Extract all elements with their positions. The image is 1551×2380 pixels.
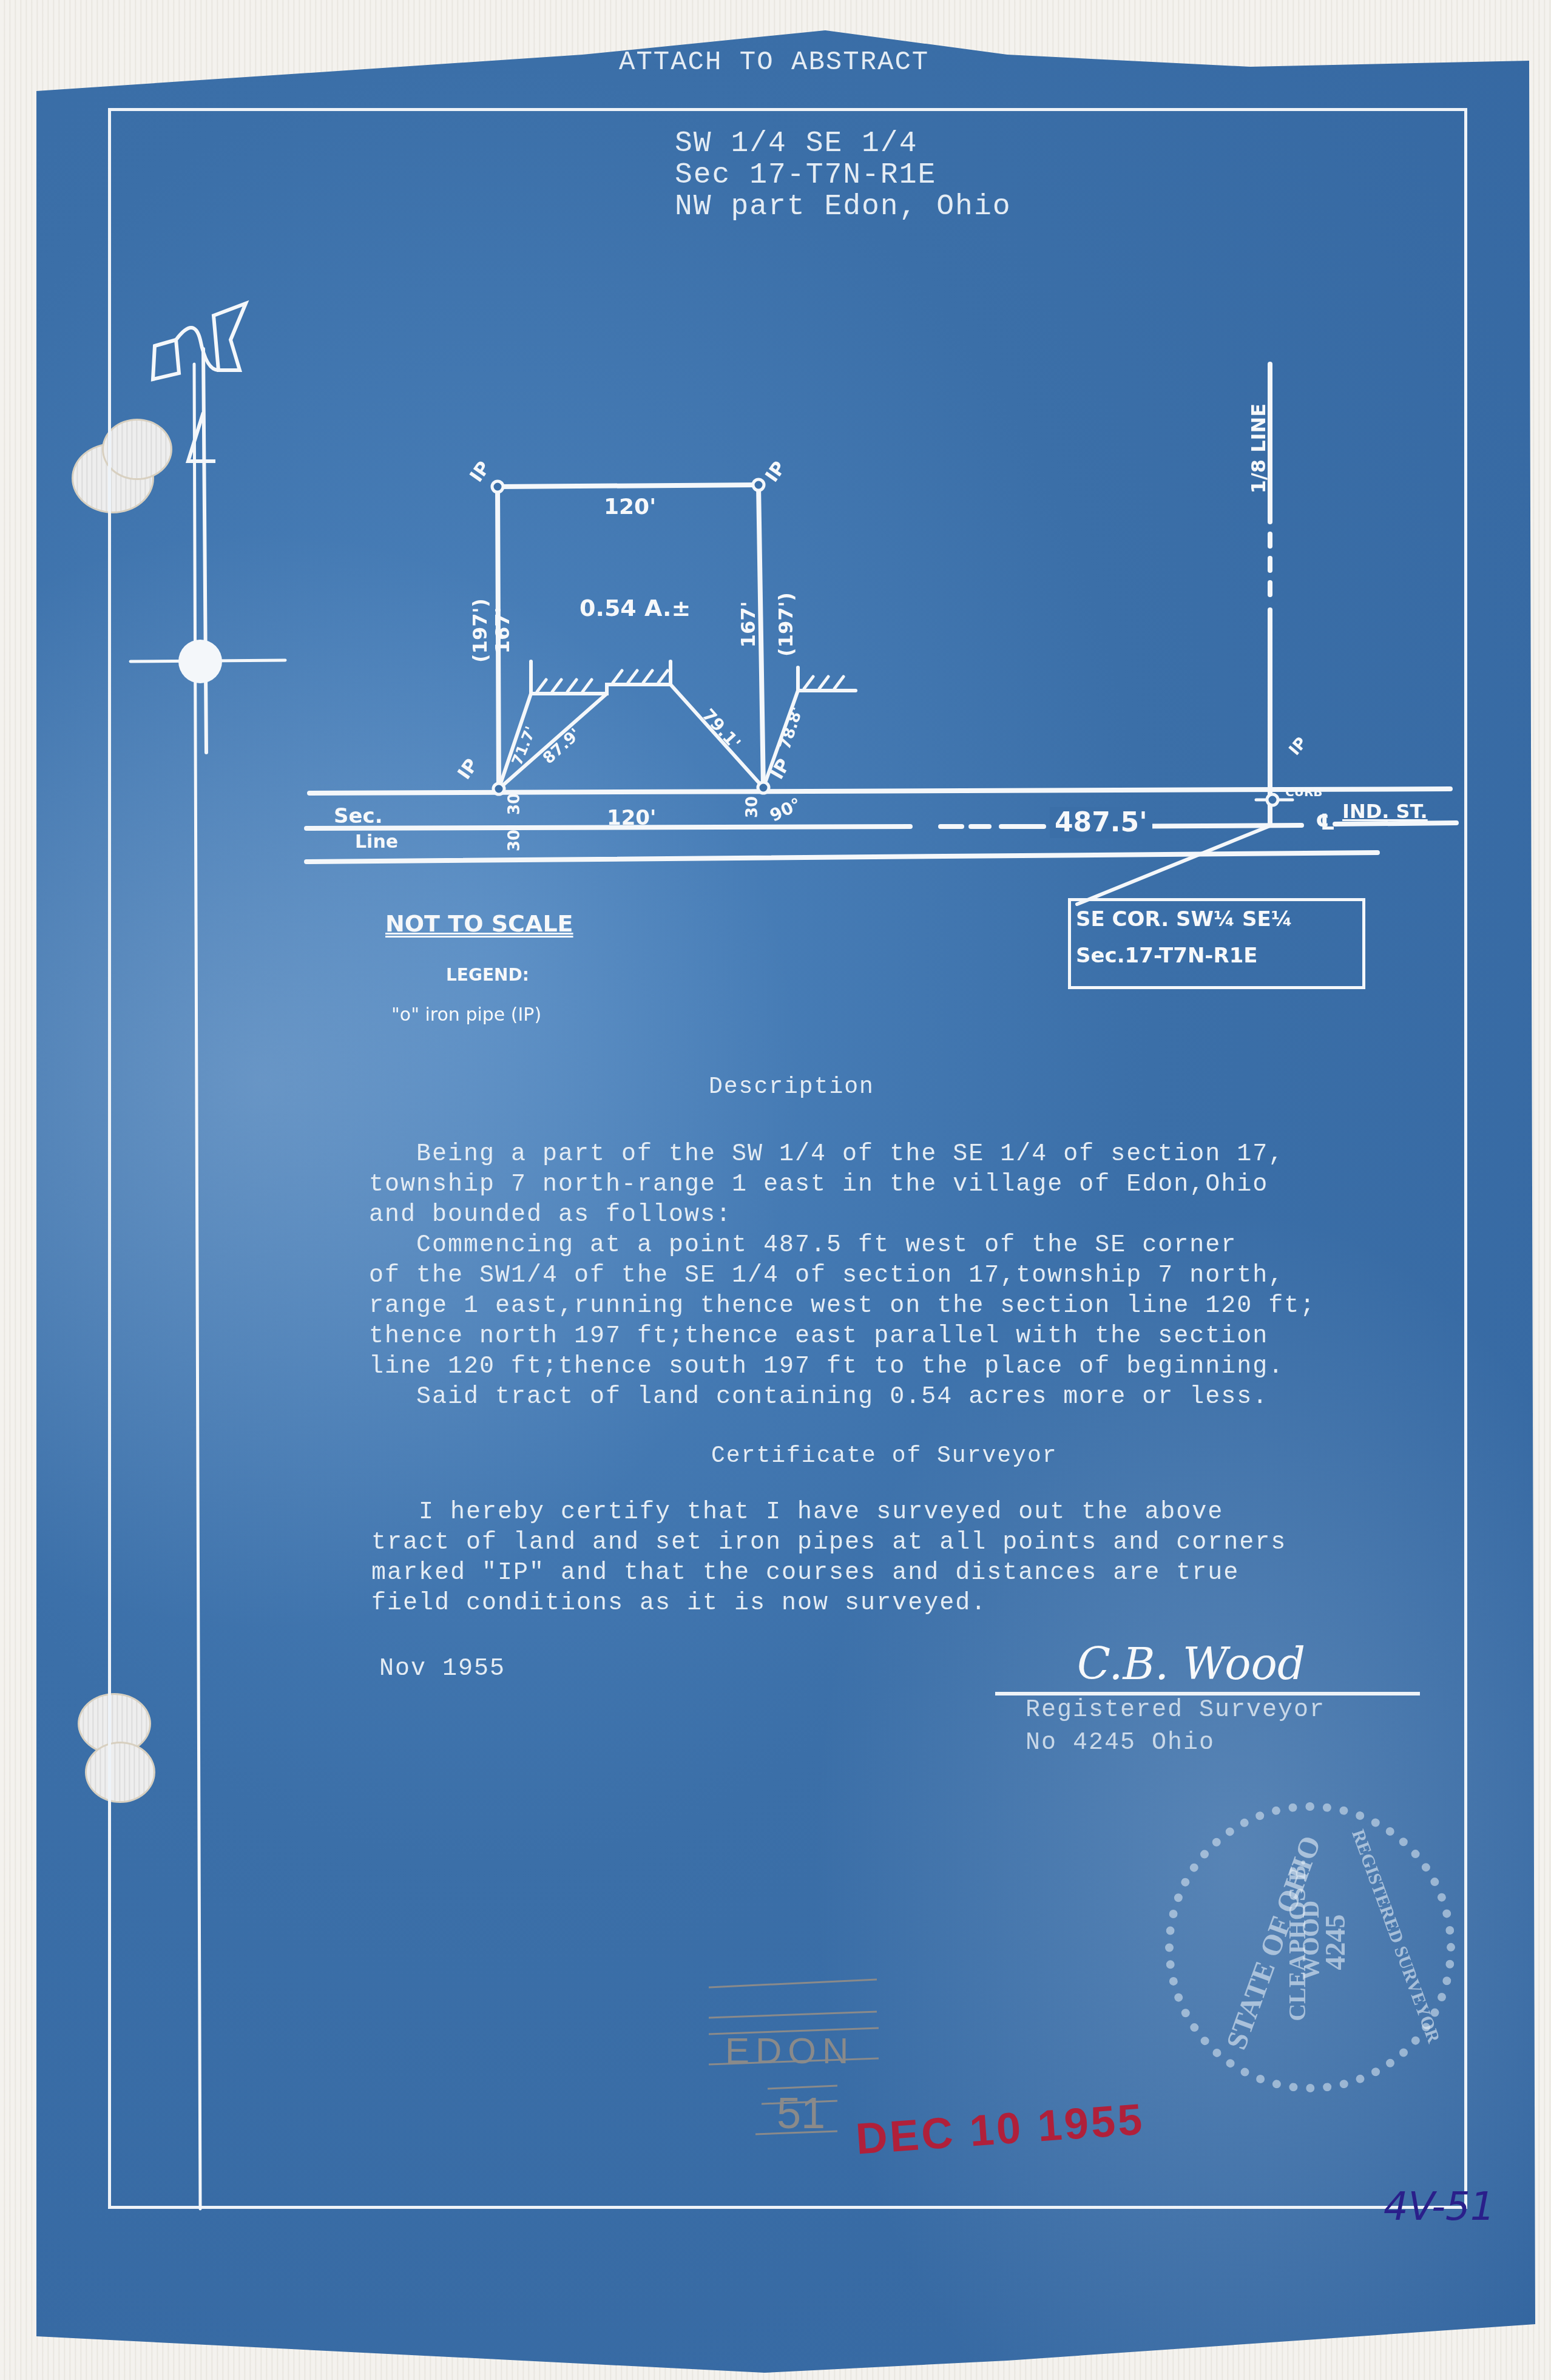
filing-number: 51 — [777, 2089, 825, 2138]
pencil-ruling — [0, 0, 1551, 2380]
file-code: 4V-51 — [1384, 2185, 1495, 2230]
filing-town: EDON — [725, 2030, 854, 2072]
